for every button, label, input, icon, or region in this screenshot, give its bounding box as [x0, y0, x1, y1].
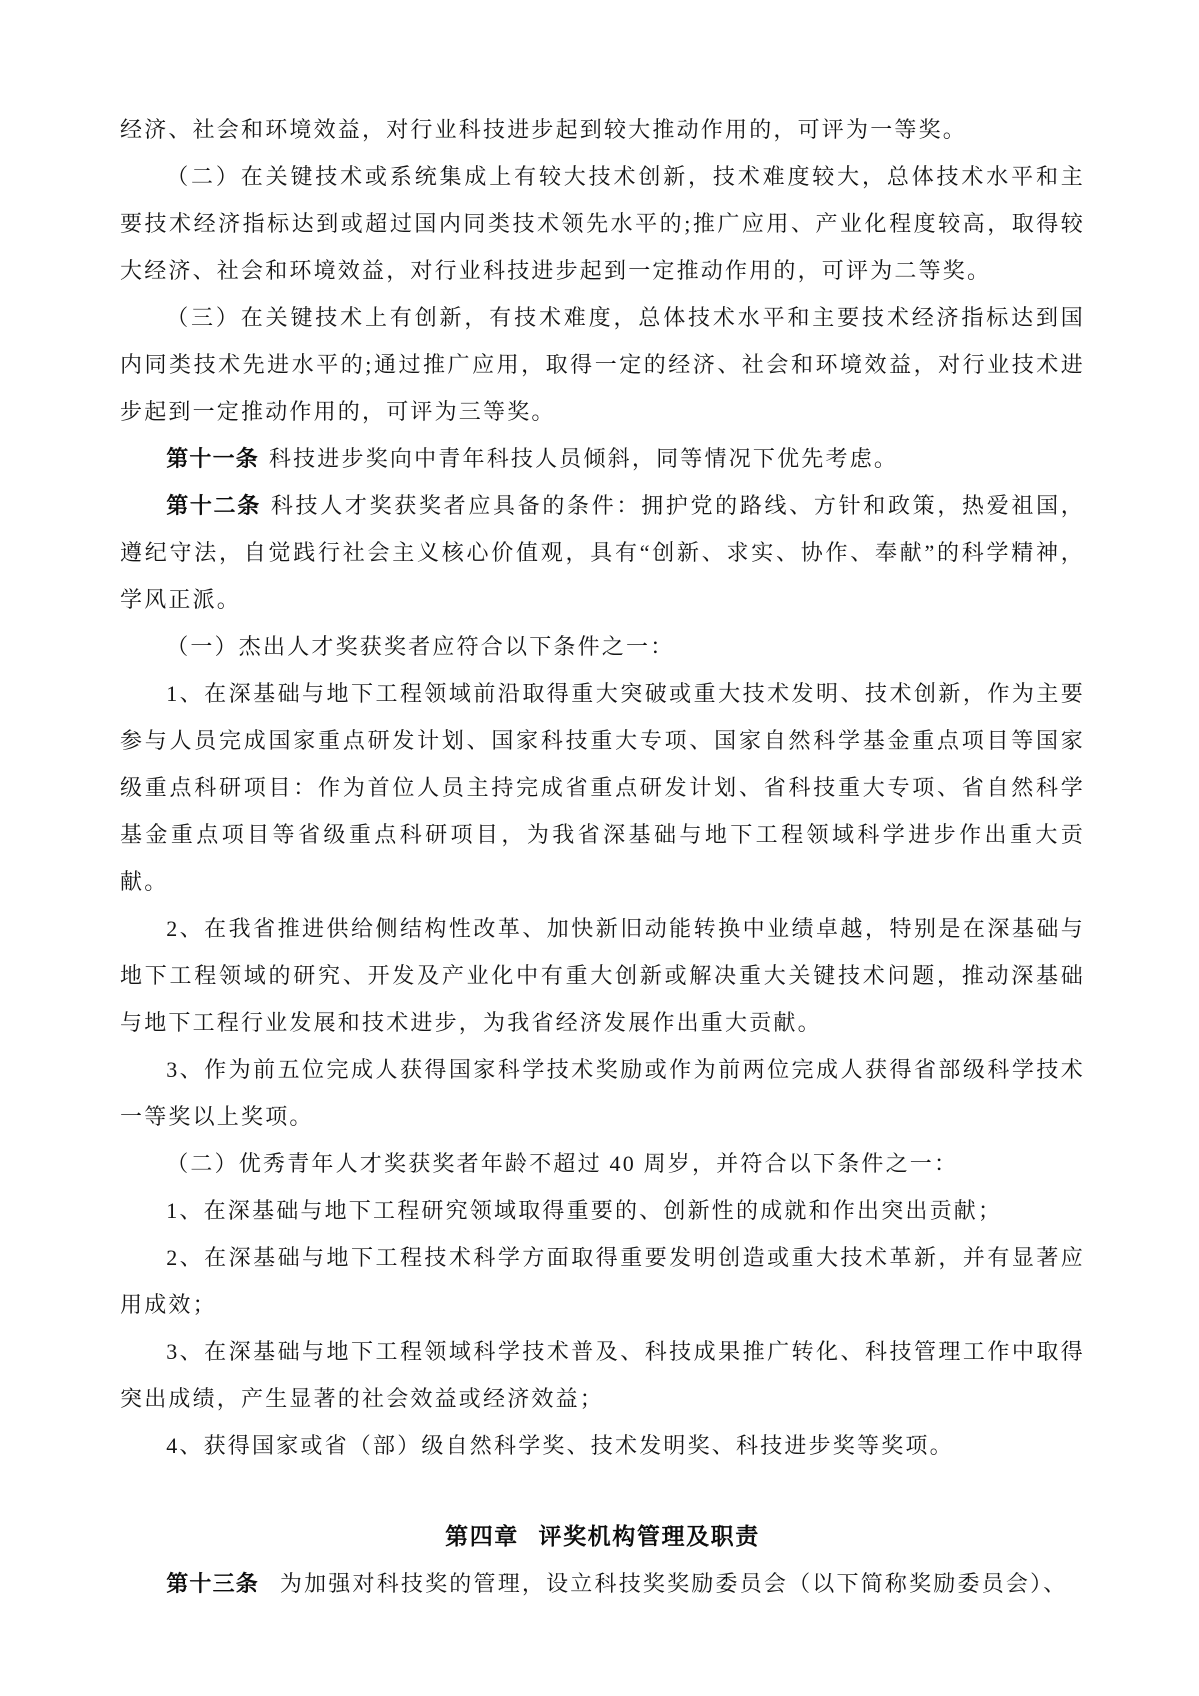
paragraph-text: 3、作为前五位完成人获得国家科学技术奖励或作为前两位完成人获得省部级科学技术一等… — [120, 1057, 1085, 1129]
paragraph-text: 科技进步奖向中青年科技人员倾斜，同等情况下优先考虑。 — [269, 446, 898, 471]
paragraph-text: 1、在深基础与地下工程领域前沿取得重大突破或重大技术发明、技术创新，作为主要参与… — [120, 681, 1085, 894]
clause-1-item-2: 2、在我省推进供给侧结构性改革、加快新旧动能转换中业绩卓越，特别是在深基础与地下… — [120, 905, 1085, 1046]
article-11-paragraph: 第十一条科技进步奖向中青年科技人员倾斜，同等情况下优先考虑。 — [120, 435, 1085, 482]
paragraph-first-grade-continuation: 经济、社会和环境效益，对行业科技进步起到较大推动作用的，可评为一等奖。 — [120, 106, 1085, 153]
paragraph-item-2-second-grade: （二）在关键技术或系统集成上有较大技术创新，技术难度较大，总体技术水平和主要技术… — [120, 153, 1085, 294]
clause-2-item-2: 2、在深基础与地下工程技术科学方面取得重要发明创造或重大技术革新，并有显著应用成… — [120, 1234, 1085, 1328]
paragraph-text: 为加强对科技奖的管理，设立科技奖奖励委员会（以下简称奖励委员会）、 — [280, 1571, 1068, 1596]
article-number: 第十一条 — [166, 446, 259, 471]
clause-2-item-1: 1、在深基础与地下工程研究领域取得重要的、创新性的成就和作出突出贡献； — [120, 1187, 1085, 1234]
chapter-4-heading: 第四章评奖机构管理及职责 — [120, 1513, 1085, 1560]
clause-1-outstanding-talent: （一）杰出人才奖获奖者应符合以下条件之一： — [120, 623, 1085, 670]
clause-1-item-3: 3、作为前五位完成人获得国家科学技术奖励或作为前两位完成人获得省部级科学技术一等… — [120, 1046, 1085, 1140]
paragraph-item-3-third-grade: （三）在关键技术上有创新，有技术难度，总体技术水平和主要技术经济指标达到国内同类… — [120, 294, 1085, 435]
paragraph-text: 科技人才奖获奖者应具备的条件：拥护党的路线、方针和政策，热爱祖国，遵纪守法，自觉… — [120, 493, 1085, 612]
clause-2-item-4: 4、获得国家或省（部）级自然科学奖、技术发明奖、科技进步奖等奖项。 — [120, 1422, 1085, 1469]
clause-1-item-1: 1、在深基础与地下工程领域前沿取得重大突破或重大技术发明、技术创新，作为主要参与… — [120, 670, 1085, 905]
chapter-title: 评奖机构管理及职责 — [538, 1523, 759, 1549]
paragraph-text: （一）杰出人才奖获奖者应符合以下条件之一： — [166, 634, 674, 659]
paragraph-text: （二）在关键技术或系统集成上有较大技术创新，技术难度较大，总体技术水平和主要技术… — [120, 164, 1085, 283]
article-13-paragraph: 第十三条为加强对科技奖的管理，设立科技奖奖励委员会（以下简称奖励委员会）、 — [120, 1560, 1085, 1607]
clause-2-young-talent: （二）优秀青年人才奖获奖者年龄不超过 40 周岁，并符合以下条件之一： — [120, 1140, 1085, 1187]
article-12-paragraph: 第十二条科技人才奖获奖者应具备的条件：拥护党的路线、方针和政策，热爱祖国，遵纪守… — [120, 482, 1085, 623]
chapter-number: 第四章 — [445, 1523, 519, 1549]
paragraph-text: 4、获得国家或省（部）级自然科学奖、技术发明奖、科技进步奖等奖项。 — [166, 1433, 954, 1458]
article-number: 第十二条 — [166, 493, 261, 518]
paragraph-text: 2、在深基础与地下工程技术科学方面取得重要发明创造或重大技术革新，并有显著应用成… — [120, 1245, 1085, 1317]
paragraph-text: 1、在深基础与地下工程研究领域取得重要的、创新性的成就和作出突出贡献； — [166, 1198, 1002, 1223]
paragraph-text: （三）在关键技术上有创新，有技术难度，总体技术水平和主要技术经济指标达到国内同类… — [120, 305, 1085, 424]
paragraph-text: 经济、社会和环境效益，对行业科技进步起到较大推动作用的，可评为一等奖。 — [120, 117, 967, 142]
document-page: 经济、社会和环境效益，对行业科技进步起到较大推动作用的，可评为一等奖。 （二）在… — [0, 0, 1199, 1696]
paragraph-text: （二）优秀青年人才奖获奖者年龄不超过 40 周岁，并符合以下条件之一： — [166, 1151, 958, 1176]
paragraph-text: 3、在深基础与地下工程领域科学技术普及、科技成果推广转化、科技管理工作中取得突出… — [120, 1339, 1085, 1411]
article-number: 第十三条 — [166, 1571, 259, 1596]
clause-2-item-3: 3、在深基础与地下工程领域科学技术普及、科技成果推广转化、科技管理工作中取得突出… — [120, 1328, 1085, 1422]
paragraph-text: 2、在我省推进供给侧结构性改革、加快新旧动能转换中业绩卓越，特别是在深基础与地下… — [120, 916, 1085, 1035]
